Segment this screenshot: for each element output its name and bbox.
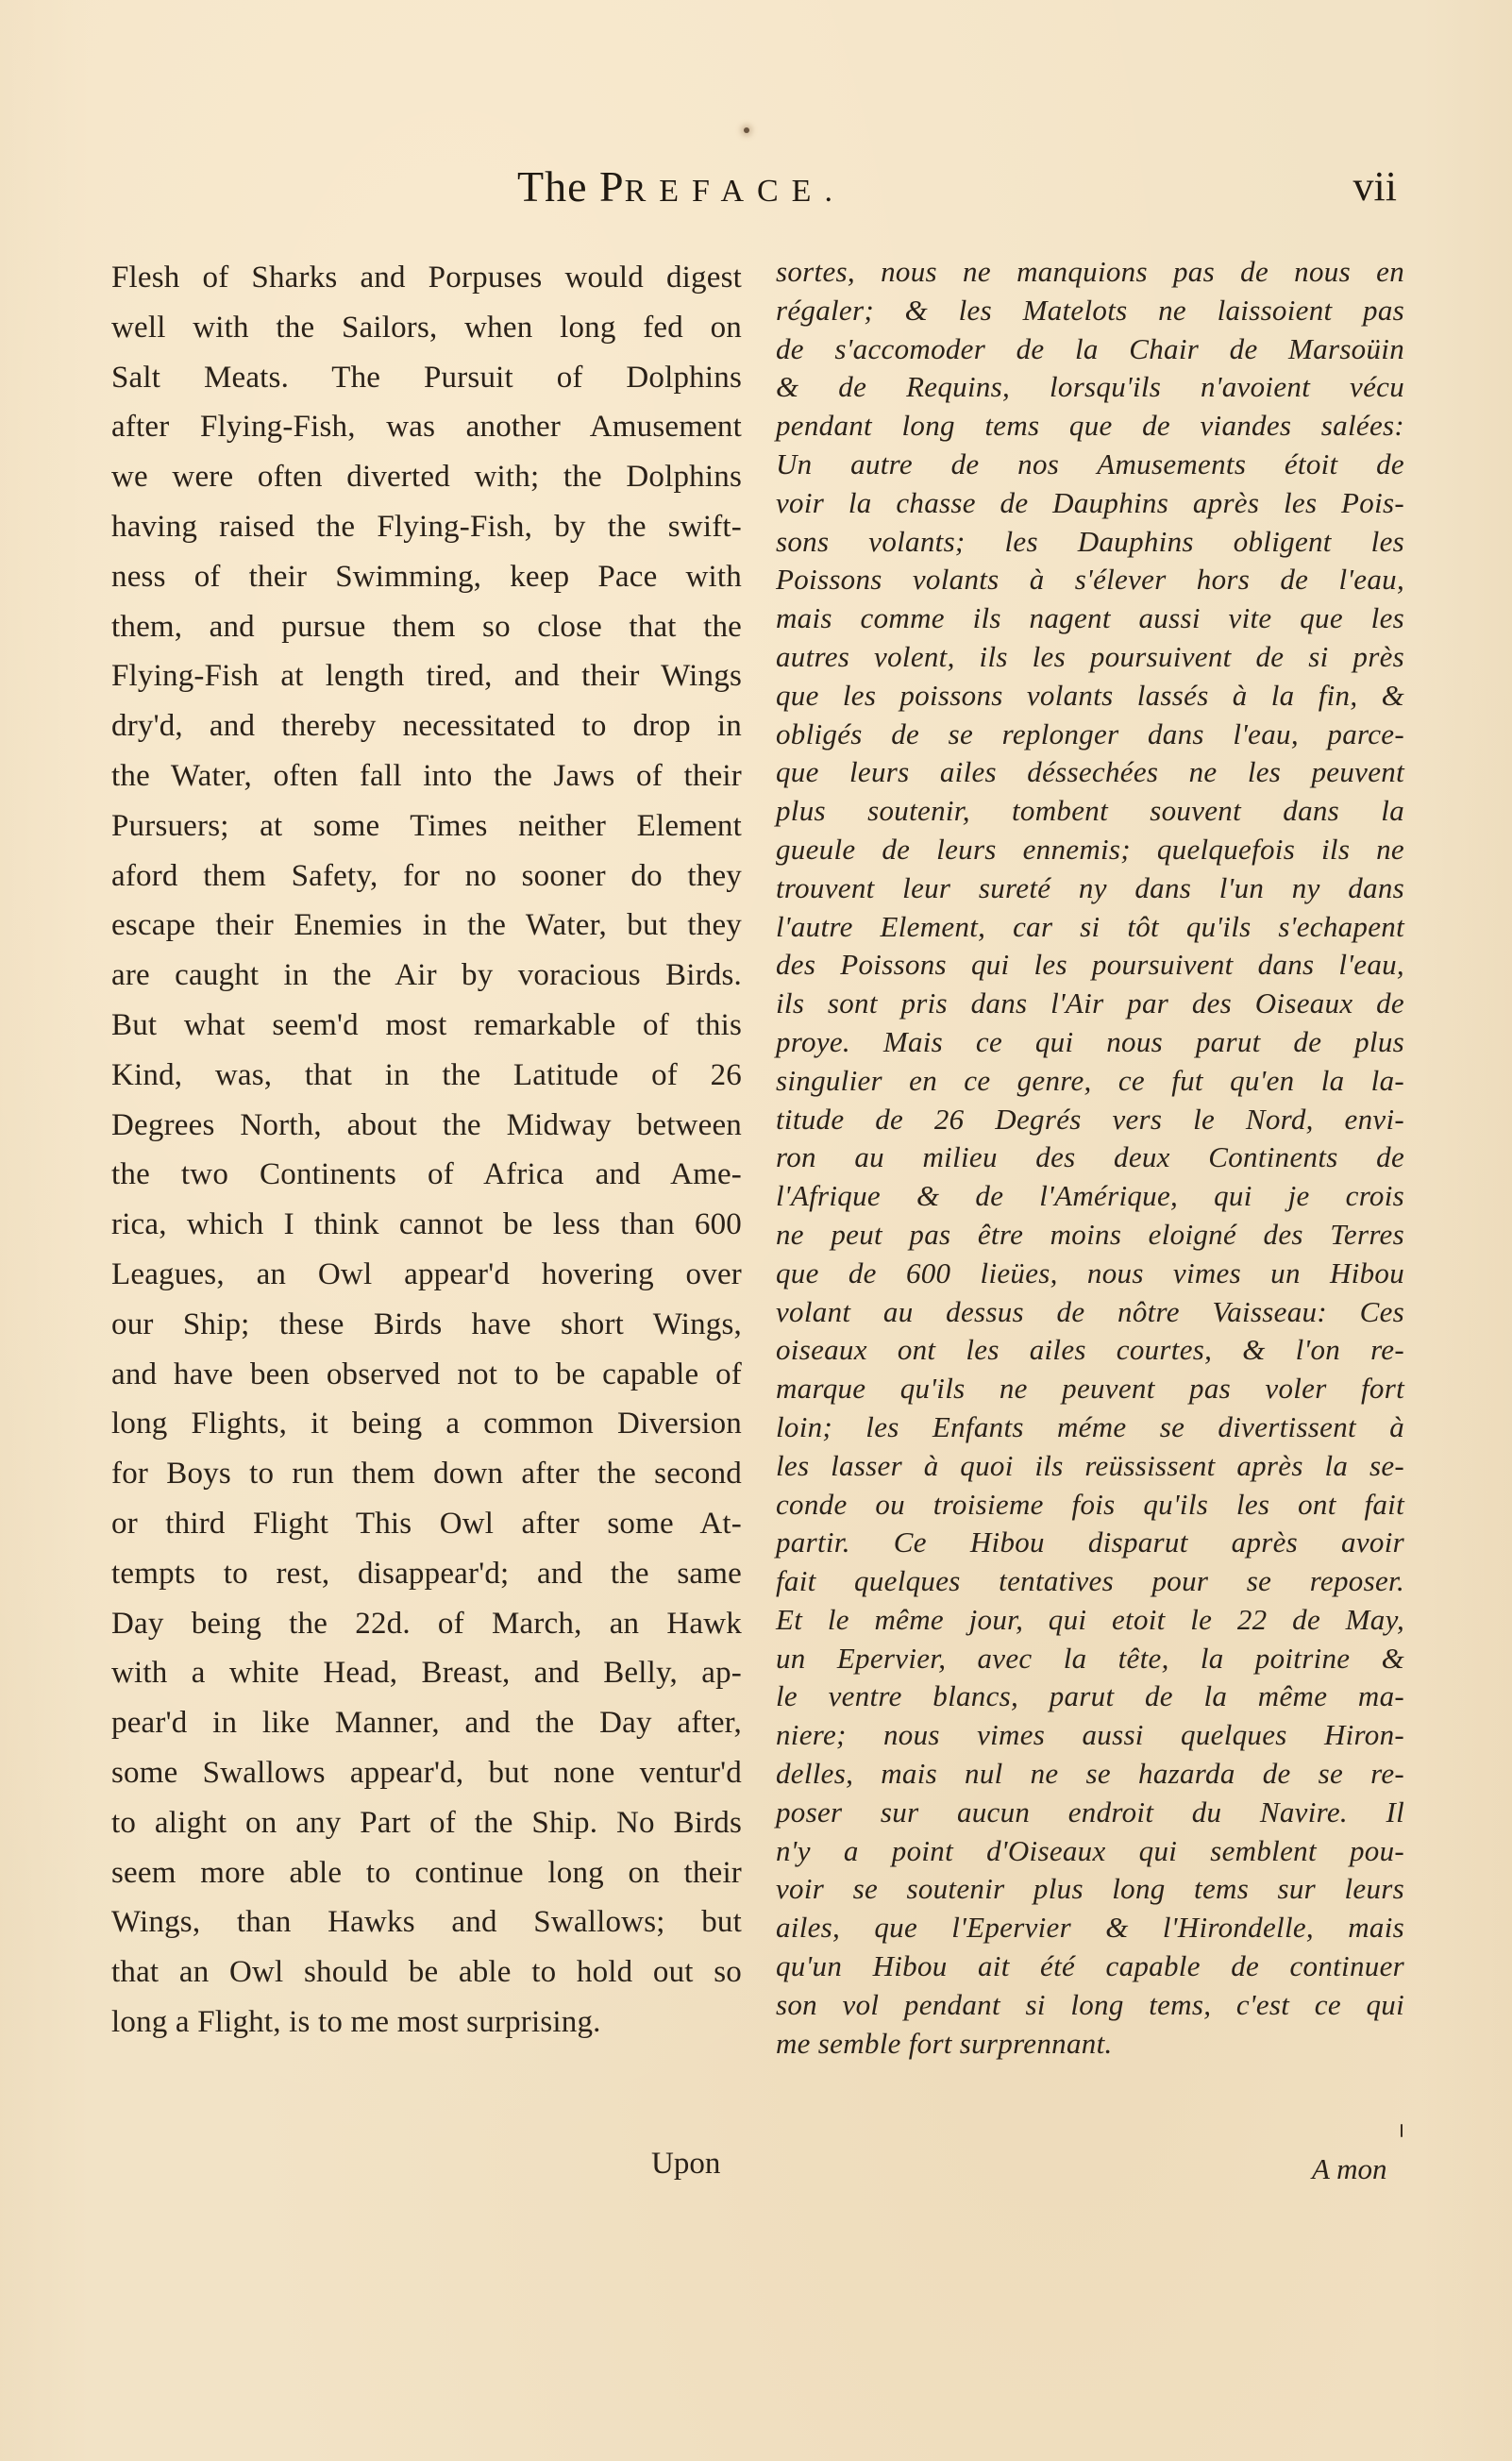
french-line: un Epervier, avec la tête, la poitrine & (776, 1640, 1404, 1678)
french-line: volant au dessus de nôtre Vaisseau: Ces (776, 1293, 1404, 1332)
book-page: The PREFACE. vii Flesh of Sharks and Por… (0, 0, 1512, 2461)
french-line: ailes, que l'Epervier & l'Hirondelle, ma… (776, 1909, 1404, 1947)
french-line: singulier en ce genre, ce fut qu'en la l… (776, 1062, 1404, 1101)
french-line: ils sont pris dans l'Air par des Oiseaux… (776, 985, 1404, 1023)
english-line: Leagues, an Owl appear'd hovering over (111, 1250, 742, 1300)
french-line: voir se soutenir plus long tems sur leur… (776, 1870, 1404, 1909)
english-line: the two Continents of Africa and Ame- (111, 1150, 742, 1200)
english-line: long a Flight, is to me most surprising. (111, 1997, 742, 2048)
english-line: are caught in the Air by voracious Birds… (111, 951, 742, 1001)
english-line: Pursuers; at some Times neither Element (111, 801, 742, 851)
french-line: plus soutenir, tombent souvent dans la (776, 792, 1404, 831)
english-catchword: Upon (651, 2145, 720, 2183)
french-line: voir la chasse de Dauphins après les Poi… (776, 484, 1404, 523)
french-line: marque qu'ils ne peuvent pas voler fort (776, 1370, 1404, 1408)
french-line: l'autre Element, car si tôt qu'ils s'ech… (776, 908, 1404, 947)
running-head-title-rest: REFACE. (625, 174, 846, 209)
french-line: ron au milieu des deux Continents de (776, 1138, 1404, 1177)
french-line: fait quelques tentatives pour se reposer… (776, 1562, 1404, 1601)
french-line: poser sur aucun endroit du Navire. Il (776, 1794, 1404, 1832)
french-line: mais comme ils nagent aussi vite que les (776, 599, 1404, 638)
english-line: tempts to rest, disappear'd; and the sam… (111, 1549, 742, 1599)
french-line: que de 600 lieües, nous vimes un Hibou (776, 1255, 1404, 1293)
english-line: Kind, was, that in the Latitude of 26 (111, 1051, 742, 1101)
english-line: long Flights, it being a common Diversio… (111, 1399, 742, 1449)
ink-mark (1401, 2124, 1403, 2137)
french-line: les lasser à quoi ils reüssissent après … (776, 1447, 1404, 1486)
english-line: Degrees North, about the Midway between (111, 1101, 742, 1151)
english-line: some Swallows appear'd, but none ventur'… (111, 1748, 742, 1798)
french-line: de s'accomoder de la Chair de Marsoüin (776, 330, 1404, 369)
english-line: that an Owl should be able to hold out s… (111, 1947, 742, 1997)
french-line: ne peut pas être moins eloigné des Terre… (776, 1216, 1404, 1255)
french-line: oiseaux ont les ailes courtes, & l'on re… (776, 1331, 1404, 1370)
french-line: obligés de se replonger dans l'eau, parc… (776, 716, 1404, 754)
french-line: me semble fort surprennant. (776, 2025, 1404, 2064)
english-line: ness of their Swimming, keep Pace with (111, 552, 742, 602)
english-line: Salt Meats. The Pursuit of Dolphins (111, 353, 742, 403)
french-line: & de Requins, lorsqu'ils n'avoient vécu (776, 368, 1404, 407)
paper-blemish (744, 127, 749, 133)
french-line: niere; nous vimes aussi quelques Hiron- (776, 1716, 1404, 1755)
french-line: partir. Ce Hibou disparut après avoir (776, 1524, 1404, 1562)
running-head: The PREFACE. vii (517, 159, 1397, 215)
french-line: que les poissons volants lassés à la fin… (776, 677, 1404, 716)
english-line: to alight on any Part of the Ship. No Bi… (111, 1798, 742, 1848)
english-line: dry'd, and thereby necessitated to drop … (111, 701, 742, 751)
english-line: rica, which I think cannot be less than … (111, 1200, 742, 1250)
french-line: Poissons volants à s'élever hors de l'ea… (776, 561, 1404, 599)
french-line: gueule de leurs ennemis; quelquefois ils… (776, 831, 1404, 869)
english-line: or third Flight This Owl after some At- (111, 1499, 742, 1549)
french-line: autres volent, ils les poursuivent de si… (776, 638, 1404, 677)
english-line: we were often diverted with; the Dolphin… (111, 452, 742, 502)
french-line: des Poissons qui les poursuivent dans l'… (776, 946, 1404, 985)
english-line: Wings, than Hawks and Swallows; but (111, 1897, 742, 1947)
french-catchword: A mon (1312, 2150, 1387, 2188)
french-line: l'Afrique & de l'Amérique, qui je crois (776, 1177, 1404, 1216)
french-line: régaler; & les Matelots ne laissoient pa… (776, 292, 1404, 330)
english-line: them, and pursue them so close that the (111, 602, 742, 652)
french-line: pendant long tems que de viandes salées: (776, 407, 1404, 446)
english-line: Flying-Fish at length tired, and their W… (111, 651, 742, 701)
english-line: for Boys to run them down after the seco… (111, 1449, 742, 1499)
english-line: Flesh of Sharks and Porpuses would diges… (111, 253, 742, 303)
french-line: son vol pendant si long tems, c'est ce q… (776, 1986, 1404, 2025)
page-number: vii (1353, 159, 1397, 215)
french-line: n'y a point d'Oiseaux qui semblent pou- (776, 1832, 1404, 1871)
french-column: sortes, nous ne manquions pas de nous en… (776, 253, 1404, 2063)
french-line: sons volants; les Dauphins obligent les (776, 523, 1404, 562)
french-line: conde ou troisieme fois qu'ils les ont f… (776, 1486, 1404, 1525)
running-head-title-initial: The P (517, 162, 625, 211)
french-line: que leurs ailes déssechées ne les peuven… (776, 753, 1404, 792)
english-column: Flesh of Sharks and Porpuses would diges… (111, 253, 742, 2048)
english-line: escape their Enemies in the Water, but t… (111, 901, 742, 951)
english-line: pear'd in like Manner, and the Day after… (111, 1698, 742, 1748)
running-head-title: The PREFACE. (517, 159, 846, 220)
english-line: after Flying-Fish, was another Amusement (111, 402, 742, 452)
french-line: trouvent leur sureté ny dans l'un ny dan… (776, 869, 1404, 908)
english-line: aford them Safety, for no sooner do they (111, 851, 742, 902)
french-line: qu'un Hibou ait été capable de continuer (776, 1947, 1404, 1986)
english-line: But what seem'd most remarkable of this (111, 1001, 742, 1051)
french-line: le ventre blancs, parut de la même ma- (776, 1677, 1404, 1716)
english-line: and have been observed not to be capable… (111, 1350, 742, 1400)
english-line: well with the Sailors, when long fed on (111, 303, 742, 353)
english-line: the Water, often fall into the Jaws of t… (111, 751, 742, 801)
french-line: Un autre de nos Amusements étoit de (776, 446, 1404, 484)
english-line: seem more able to continue long on their (111, 1848, 742, 1898)
french-line: delles, mais nul ne se hazarda de se re- (776, 1755, 1404, 1794)
french-line: loin; les Enfants méme se divertissent à (776, 1408, 1404, 1447)
english-line: with a white Head, Breast, and Belly, ap… (111, 1648, 742, 1698)
french-line: proye. Mais ce qui nous parut de plus (776, 1023, 1404, 1062)
french-line: sortes, nous ne manquions pas de nous en (776, 253, 1404, 292)
english-line: Day being the 22d. of March, an Hawk (111, 1599, 742, 1649)
english-line: our Ship; these Birds have short Wings, (111, 1300, 742, 1350)
french-line: Et le même jour, qui etoit le 22 de May, (776, 1601, 1404, 1640)
english-line: having raised the Flying-Fish, by the sw… (111, 502, 742, 552)
french-line: titude de 26 Degrés vers le Nord, envi- (776, 1101, 1404, 1139)
